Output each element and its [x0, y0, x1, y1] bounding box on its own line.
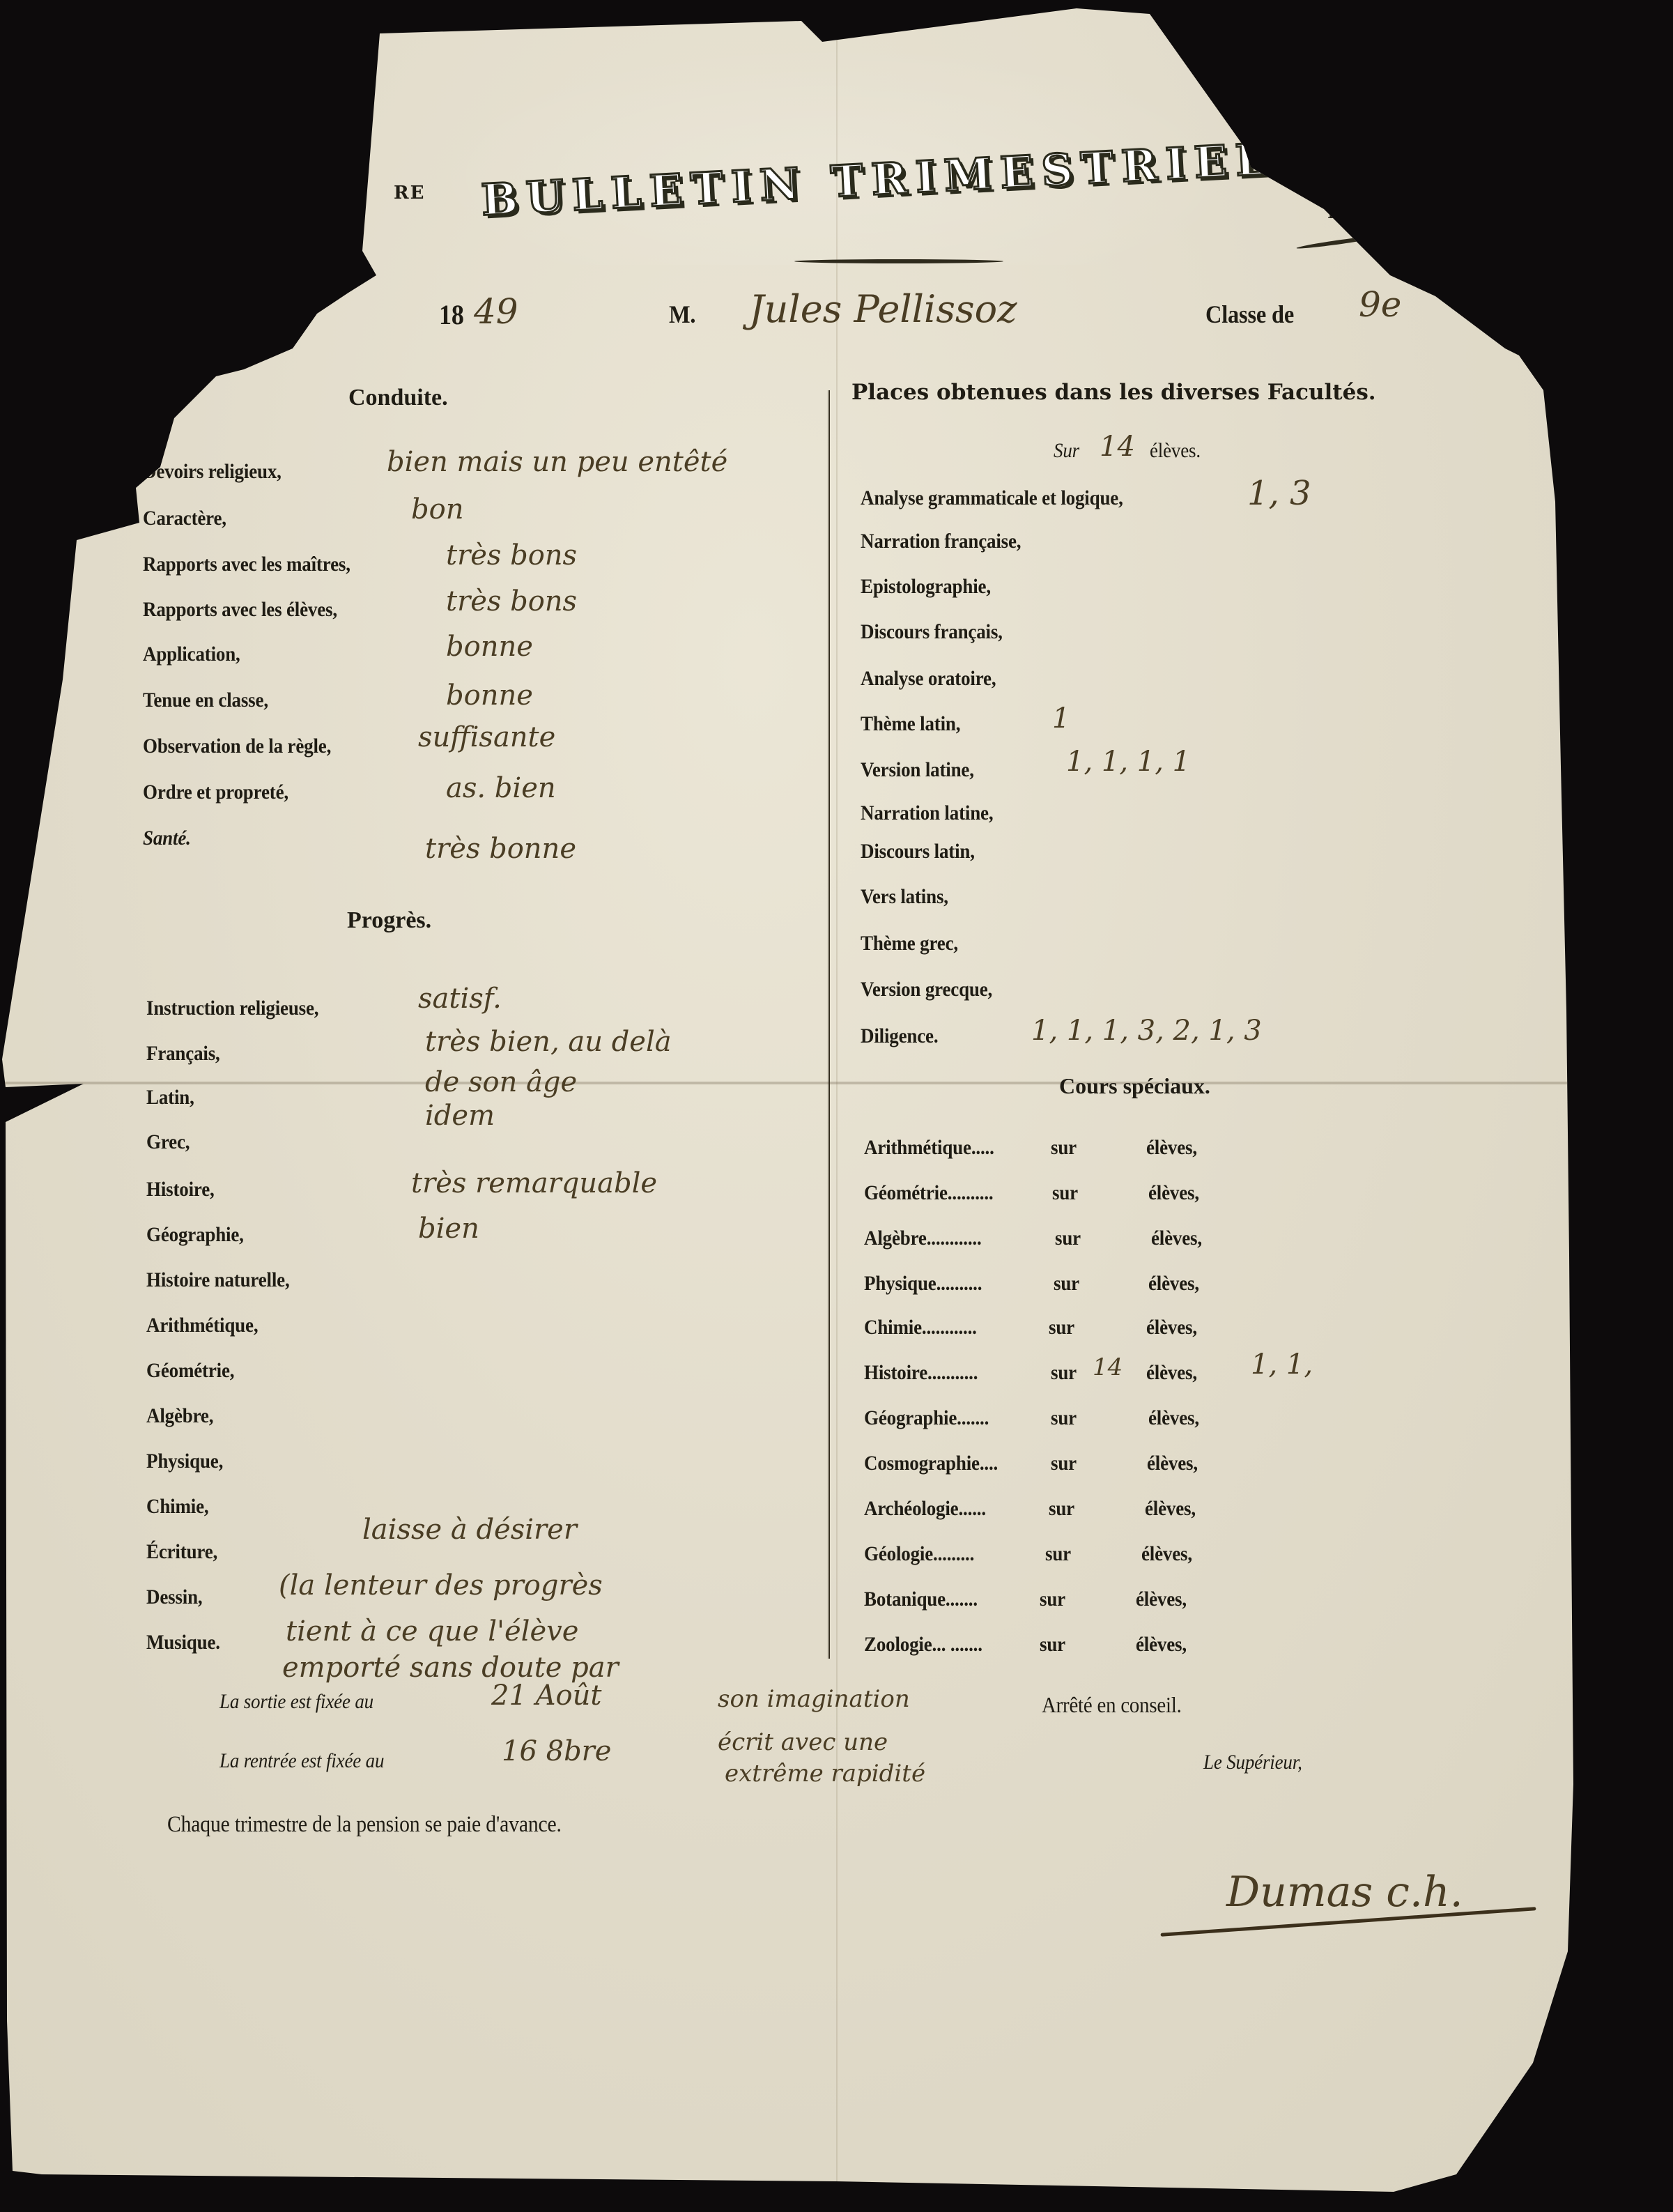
- side-note-line: extrême rapidité: [725, 1760, 925, 1788]
- places-label: Version grecque,: [861, 978, 992, 1001]
- cours-label: Archéologie......: [864, 1497, 986, 1521]
- places-sur-label: Sur: [1054, 439, 1079, 463]
- progres-value: tient à ce que l'élève: [286, 1615, 578, 1648]
- places-sur-value: 14: [1100, 431, 1135, 463]
- progres-label: Géographie,: [146, 1223, 244, 1247]
- trimester-label: mestre: [247, 300, 311, 329]
- cours-sur: sur: [1040, 1588, 1065, 1611]
- conduite-value: bonne: [446, 631, 533, 663]
- cours-eleves: élèves,: [1146, 1361, 1197, 1385]
- conduite-value: très bons: [446, 585, 577, 617]
- places-label: Version latine,: [861, 758, 974, 782]
- cours-label: Physique..........: [864, 1272, 982, 1296]
- conduite-label: Rapports avec les maîtres,: [143, 553, 350, 576]
- cours-label: Zoologie... .......: [864, 1633, 982, 1657]
- cours-sur: sur: [1049, 1316, 1074, 1339]
- conduite-label: Rapports avec les élèves,: [143, 598, 337, 622]
- progres-value: de son âge: [425, 1066, 577, 1098]
- cours-sur: sur: [1051, 1406, 1077, 1430]
- progres-label: Physique,: [146, 1450, 223, 1473]
- progres-label: Algèbre,: [146, 1404, 213, 1428]
- sortie-label: La sortie est fixée au: [219, 1690, 373, 1714]
- places-label: Discours français,: [861, 620, 1003, 644]
- cours-sur: sur: [1055, 1227, 1081, 1250]
- cours-eleves: élèves,: [1141, 1542, 1192, 1566]
- places-label: Epistolographie,: [861, 575, 991, 599]
- header-left-fragment: RE: [394, 183, 425, 203]
- cours-label: Arithmétique.....: [864, 1136, 994, 1160]
- progres-value: laisse à désirer: [362, 1514, 577, 1546]
- progres-label: Chimie,: [146, 1495, 208, 1519]
- places-label: Diligence.: [861, 1024, 938, 1048]
- cours-eleves: élèves,: [1146, 1316, 1197, 1339]
- vertical-fold-crease: [836, 21, 838, 2181]
- progres-label: Musique.: [146, 1631, 220, 1654]
- cours-label: Cosmographie....: [864, 1452, 998, 1475]
- year-printed: 18: [439, 298, 464, 331]
- progres-value: bien: [418, 1213, 479, 1245]
- horizontal-fold-crease: [0, 1082, 1571, 1084]
- progres-label: Histoire,: [146, 1178, 215, 1201]
- side-note-line: son imagination: [718, 1685, 910, 1713]
- conduite-label: Devoirs religieux,: [143, 460, 282, 484]
- rentree-label: La rentrée est fixée au: [219, 1749, 384, 1773]
- cours-places: 1, 1,: [1251, 1349, 1313, 1381]
- document-sheet: RE BULLETIN TRIMESTRIEL. D'A mestre 18 4…: [0, 0, 1673, 2212]
- cours-eleves: élèves,: [1136, 1588, 1187, 1611]
- places-value: 1, 3: [1247, 474, 1311, 513]
- year-handwritten: 49: [474, 291, 518, 332]
- conduite-label: Ordre et propreté,: [143, 781, 288, 804]
- conduite-value: très bons: [446, 539, 577, 571]
- class-value: 9e: [1359, 284, 1401, 325]
- cours-label: Chimie............: [864, 1316, 977, 1339]
- progres-label: Histoire naturelle,: [146, 1268, 290, 1292]
- cours-sur: sur: [1051, 1361, 1077, 1385]
- side-note-line: écrit avec une: [718, 1728, 888, 1756]
- places-value: 1: [1052, 702, 1070, 735]
- student-name: Jules Pellissoz: [749, 287, 1017, 331]
- header-right-fragment: D'A: [1327, 202, 1364, 222]
- conduite-value: bon: [411, 493, 463, 525]
- cours-sur: sur: [1051, 1452, 1077, 1475]
- cours-eleves: élèves,: [1148, 1272, 1199, 1296]
- progres-value: très bien, au delà: [425, 1026, 672, 1058]
- cours-count: 14: [1093, 1353, 1123, 1381]
- progres-label: Dessin,: [146, 1585, 203, 1609]
- conduite-label: Application,: [143, 643, 240, 666]
- progres-value: très remarquable: [411, 1167, 657, 1199]
- conduite-value: as. bien: [446, 772, 556, 804]
- conduite-label: Caractère,: [143, 507, 226, 530]
- student-prefix: M.: [669, 300, 695, 329]
- cours-label: Géométrie..........: [864, 1181, 994, 1205]
- conduite-value: bien mais un peu entêté: [387, 446, 727, 478]
- places-heading: Places obtenues dans les diverses Facult…: [851, 380, 1376, 405]
- progres-value: idem: [425, 1100, 495, 1132]
- places-label: Analyse oratoire,: [861, 667, 996, 691]
- cours-sur: sur: [1051, 1136, 1077, 1160]
- conduite-value: très bonne: [425, 833, 576, 865]
- class-label: Classe de: [1205, 300, 1294, 329]
- cours-sur: sur: [1049, 1497, 1074, 1521]
- cours-label: Géographie.......: [864, 1406, 989, 1430]
- progres-label: Géométrie,: [146, 1359, 234, 1383]
- cours-label: Géologie.........: [864, 1542, 974, 1566]
- conduite-label: Observation de la règle,: [143, 735, 331, 758]
- cours-sur: sur: [1052, 1181, 1078, 1205]
- places-value: 1, 1, 1, 3, 2, 1, 3: [1031, 1015, 1262, 1047]
- conduite-label: Tenue en classe,: [143, 689, 268, 712]
- progres-heading: Progrès.: [347, 907, 431, 934]
- progres-label: Instruction religieuse,: [146, 997, 318, 1020]
- superieur-text: Le Supérieur,: [1203, 1751, 1302, 1774]
- cours-speciaux-heading: Cours spéciaux.: [1059, 1073, 1210, 1099]
- sortie-value: 21 Août: [491, 1680, 601, 1712]
- cours-sur: sur: [1040, 1633, 1065, 1657]
- cours-label: Botanique.......: [864, 1588, 978, 1611]
- conduite-value: suffisante: [418, 721, 555, 753]
- cours-eleves: élèves,: [1148, 1181, 1199, 1205]
- ornament-rule: [794, 259, 1003, 263]
- conduite-label: Santé.: [143, 827, 191, 850]
- cours-eleves: élèves,: [1136, 1633, 1187, 1657]
- signature: Dumas c.h.: [1226, 1868, 1463, 1917]
- progres-label: Écriture,: [146, 1540, 217, 1564]
- places-label: Narration latine,: [861, 801, 993, 825]
- progres-value: (la lenteur des progrès: [279, 1569, 603, 1602]
- column-divider: [828, 390, 832, 1659]
- progres-value: satisf.: [418, 983, 502, 1015]
- progres-label: Français,: [146, 1042, 220, 1066]
- conduite-heading: Conduite.: [348, 385, 448, 411]
- places-eleves-label: élèves.: [1150, 439, 1201, 463]
- cours-eleves: élèves,: [1148, 1406, 1199, 1430]
- places-label: Analyse grammaticale et logique,: [861, 486, 1123, 510]
- arrete-text: Arrêté en conseil.: [1042, 1692, 1182, 1718]
- progres-label: Latin,: [146, 1086, 194, 1109]
- cours-eleves: élèves,: [1146, 1136, 1197, 1160]
- rentree-value: 16 8bre: [502, 1735, 611, 1767]
- cours-eleves: élèves,: [1145, 1497, 1196, 1521]
- cours-eleves: élèves,: [1151, 1227, 1202, 1250]
- conduite-value: bonne: [446, 679, 533, 712]
- payment-note: Chaque trimestre de la pension se paie d…: [167, 1812, 562, 1838]
- cours-label: Histoire...........: [864, 1361, 978, 1385]
- cours-label: Algèbre............: [864, 1227, 982, 1250]
- places-label: Discours latin,: [861, 840, 975, 863]
- ornament-rule-right: [1296, 233, 1387, 250]
- cours-eleves: élèves,: [1147, 1452, 1198, 1475]
- places-label: Vers latins,: [861, 885, 948, 909]
- cours-sur: sur: [1045, 1542, 1071, 1566]
- progres-label: Grec,: [146, 1130, 190, 1154]
- places-label: Narration française,: [861, 530, 1021, 553]
- places-label: Thème latin,: [861, 712, 960, 736]
- places-value: 1, 1, 1, 1: [1066, 746, 1190, 778]
- places-label: Thème grec,: [861, 932, 958, 955]
- progres-label: Arithmétique,: [146, 1314, 258, 1337]
- cours-sur: sur: [1054, 1272, 1079, 1296]
